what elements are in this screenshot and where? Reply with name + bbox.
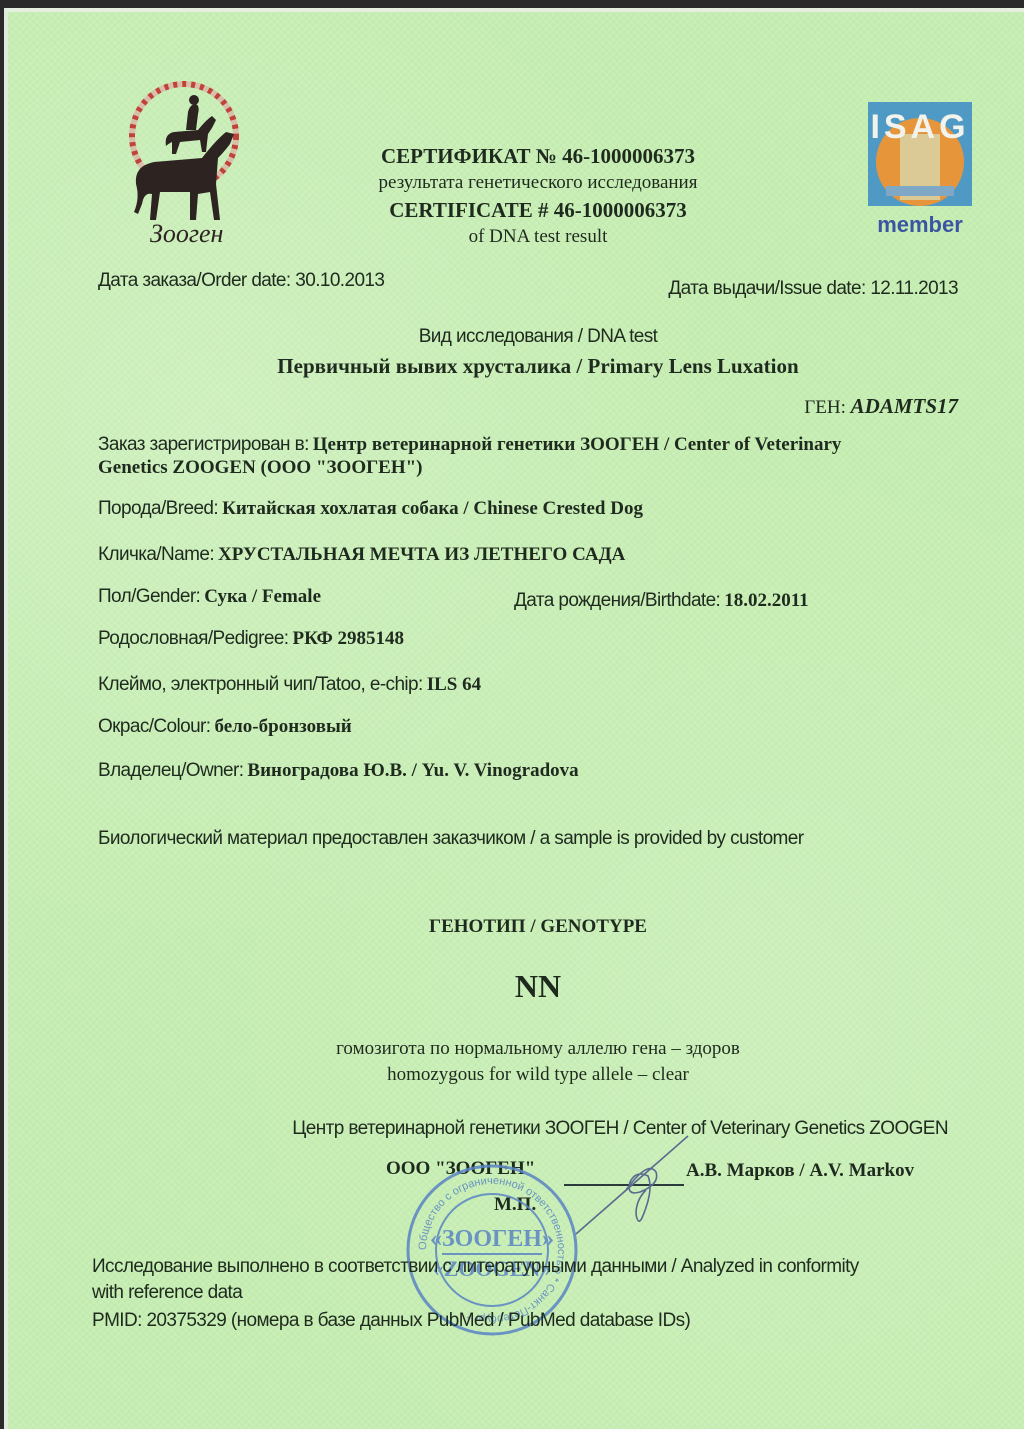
- certificate-page: Зooген ISAG member СЕРТИФИКАТ № 46-10000…: [4, 8, 1024, 1429]
- pmid-line: PMID: 20375329 (номера в базе данных Pub…: [92, 1310, 690, 1332]
- registered-value-line2: Genetics ZOOGEN (ООО "ЗООГЕН"): [98, 457, 841, 479]
- breed-value: Китайская хохлатая собака / Chinese Cres…: [222, 498, 643, 519]
- registered-field: Заказ зарегистрирован в: Центр ветеринар…: [98, 434, 841, 479]
- signer-name: А.В. Марков / A.V. Markov: [686, 1160, 914, 1182]
- order-date-value: 30.10.2013: [295, 270, 384, 291]
- breed-field: Порода/Breed: Китайская хохлатая собака …: [98, 498, 643, 520]
- issue-date-value: 12.11.2013: [870, 278, 958, 299]
- dog-name-label: Кличка/Name:: [98, 544, 214, 565]
- birthdate-value: 18.02.2011: [724, 590, 808, 611]
- colour-value: бело-бронзовый: [214, 716, 351, 737]
- svg-text:«ЗООГЕН»: «ЗООГЕН»: [430, 1226, 554, 1252]
- certificate-subtitle-en: of DNA test result: [8, 226, 1024, 248]
- order-date-label: Дата заказа/Order date:: [98, 270, 291, 291]
- registered-label: Заказ зарегистрирован в:: [98, 434, 309, 455]
- certificate-title-en: CERTIFICATE # 46-1000006373: [8, 198, 1024, 223]
- genotype-description-ru: гомозигота по нормальному аллелю гена – …: [8, 1038, 1024, 1060]
- genotype-description-en: homozygous for wild type allele – clear: [8, 1064, 1024, 1086]
- birthdate-field: Дата рождения/Birthdate: 18.02.2011: [514, 590, 809, 612]
- owner-label: Владелец/Owner:: [98, 760, 243, 781]
- svg-text:ISAG: ISAG: [870, 108, 969, 146]
- pedigree-field: Родословная/Pedigree: РКФ 2985148: [98, 628, 404, 650]
- issue-date: Дата выдачи/Issue date: 12.11.2013: [668, 278, 958, 300]
- pedigree-label: Родословная/Pedigree:: [98, 628, 288, 649]
- conformity-line-1: Исследование выполнено в соответствии с …: [92, 1256, 859, 1278]
- colour-field: Окрас/Colour: бело-бронзовый: [98, 716, 352, 738]
- order-date: Дата заказа/Order date: 30.10.2013: [98, 270, 384, 292]
- sample-note: Биологический материал предоставлен зака…: [98, 828, 803, 850]
- owner-value: Виноградова Ю.В. / Yu. V. Vinogradova: [247, 760, 578, 781]
- registered-value-line1: Центр ветеринарной генетики ЗООГЕН / Cen…: [313, 434, 842, 455]
- chip-field: Клеймо, электронный чип/Tatoo, e-chip: I…: [98, 674, 481, 696]
- dog-name-field: Кличка/Name: ХРУСТАЛЬНАЯ МЕЧТА ИЗ ЛЕТНЕГ…: [98, 544, 625, 566]
- gender-field: Пол/Gender: Сука / Female: [98, 586, 321, 608]
- birthdate-label: Дата рождения/Birthdate:: [514, 590, 720, 611]
- gender-label: Пол/Gender:: [98, 586, 200, 607]
- owner-field: Владелец/Owner: Виноградова Ю.В. / Yu. V…: [98, 760, 579, 782]
- colour-label: Окрас/Colour:: [98, 716, 210, 737]
- test-type-label: Вид исследования / DNA test: [8, 326, 1024, 348]
- certificate-title-ru: СЕРТИФИКАТ № 46-1000006373: [8, 144, 1024, 169]
- gene-value: ADAMTS17: [851, 394, 958, 418]
- genotype-title: ГЕНОТИП / GENOTYPE: [8, 916, 1024, 938]
- certificate-subtitle-ru: результата генетического исследования: [8, 172, 1024, 194]
- conformity-line-2: with reference data: [92, 1282, 242, 1304]
- genotype-value: NN: [8, 968, 1024, 1005]
- gender-value: Сука / Female: [204, 586, 321, 607]
- gene-label: ГЕН:: [804, 397, 846, 418]
- breed-label: Порода/Breed:: [98, 498, 218, 519]
- handwritten-signature-icon: [568, 1130, 698, 1240]
- issue-date-label: Дата выдачи/Issue date:: [668, 278, 865, 299]
- chip-value: ILS 64: [427, 674, 481, 695]
- pedigree-value: РКФ 2985148: [292, 628, 404, 649]
- dog-name-value: ХРУСТАЛЬНАЯ МЕЧТА ИЗ ЛЕТНЕГО САДА: [218, 544, 625, 565]
- gene: ГЕН: ADAMTS17: [804, 394, 958, 419]
- chip-label: Клеймо, электронный чип/Tatoo, e-chip:: [98, 674, 423, 695]
- test-name: Первичный вывих хрусталика / Primary Len…: [8, 354, 1024, 379]
